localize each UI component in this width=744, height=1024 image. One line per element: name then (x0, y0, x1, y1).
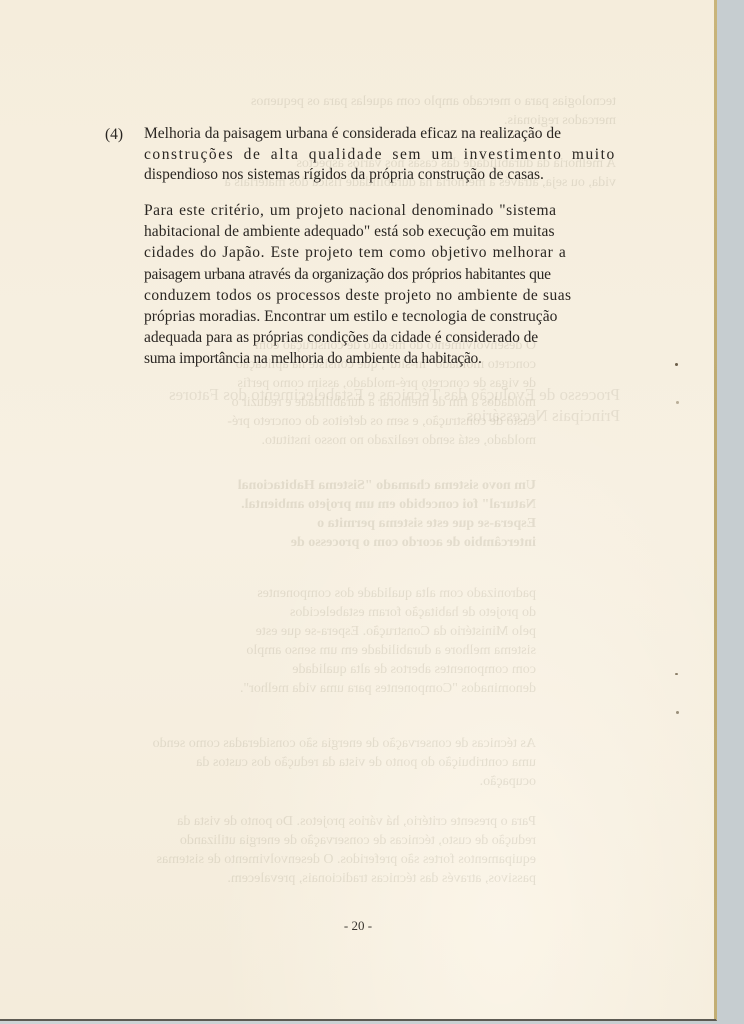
paragraph-line: conduzem todos os processos deste projet… (144, 285, 614, 306)
page-content: (4) Melhoria da paisagem urbana é consid… (0, 0, 716, 1020)
item-line: construções de alta qualidade sem um inv… (144, 145, 590, 166)
paragraph-line: cidades do Japão. Este projeto tem como … (144, 242, 614, 263)
scanned-page-background: Processo de Evolução das Técnicas e Esta… (0, 0, 744, 1024)
page-number: - 20 - (0, 918, 716, 934)
paragraph-line: Para este critério, um projeto nacional … (144, 200, 614, 221)
paragraph-line: adequada para as próprias condições da c… (144, 327, 614, 348)
binding-hole-mark (676, 401, 679, 404)
binding-hole-mark (676, 711, 679, 714)
item-text: Melhoria da paisagem urbana é considerad… (144, 124, 590, 186)
body-paragraph: Para este critério, um projeto nacional … (144, 200, 614, 370)
paragraph-line: paisagem urbana através da organização d… (144, 264, 614, 285)
page-edge (714, 0, 717, 1020)
item-line: dispendioso nos sistemas rígidos da próp… (144, 165, 590, 186)
item-line: Melhoria da paisagem urbana é considerad… (144, 124, 590, 145)
page-bottom-edge (0, 1019, 716, 1021)
binding-hole-mark (675, 363, 678, 366)
paragraph-line: próprias moradias. Encontrar um estilo e… (144, 306, 614, 327)
binding-hole-mark (675, 673, 678, 675)
paragraph-line: suma importância na melhoria do ambiente… (144, 348, 614, 369)
paper-page: Processo de Evolução das Técnicas e Esta… (0, 0, 716, 1020)
paragraph-line: habitacional de ambiente adequado" está … (144, 221, 614, 242)
item-number: (4) (105, 124, 123, 145)
